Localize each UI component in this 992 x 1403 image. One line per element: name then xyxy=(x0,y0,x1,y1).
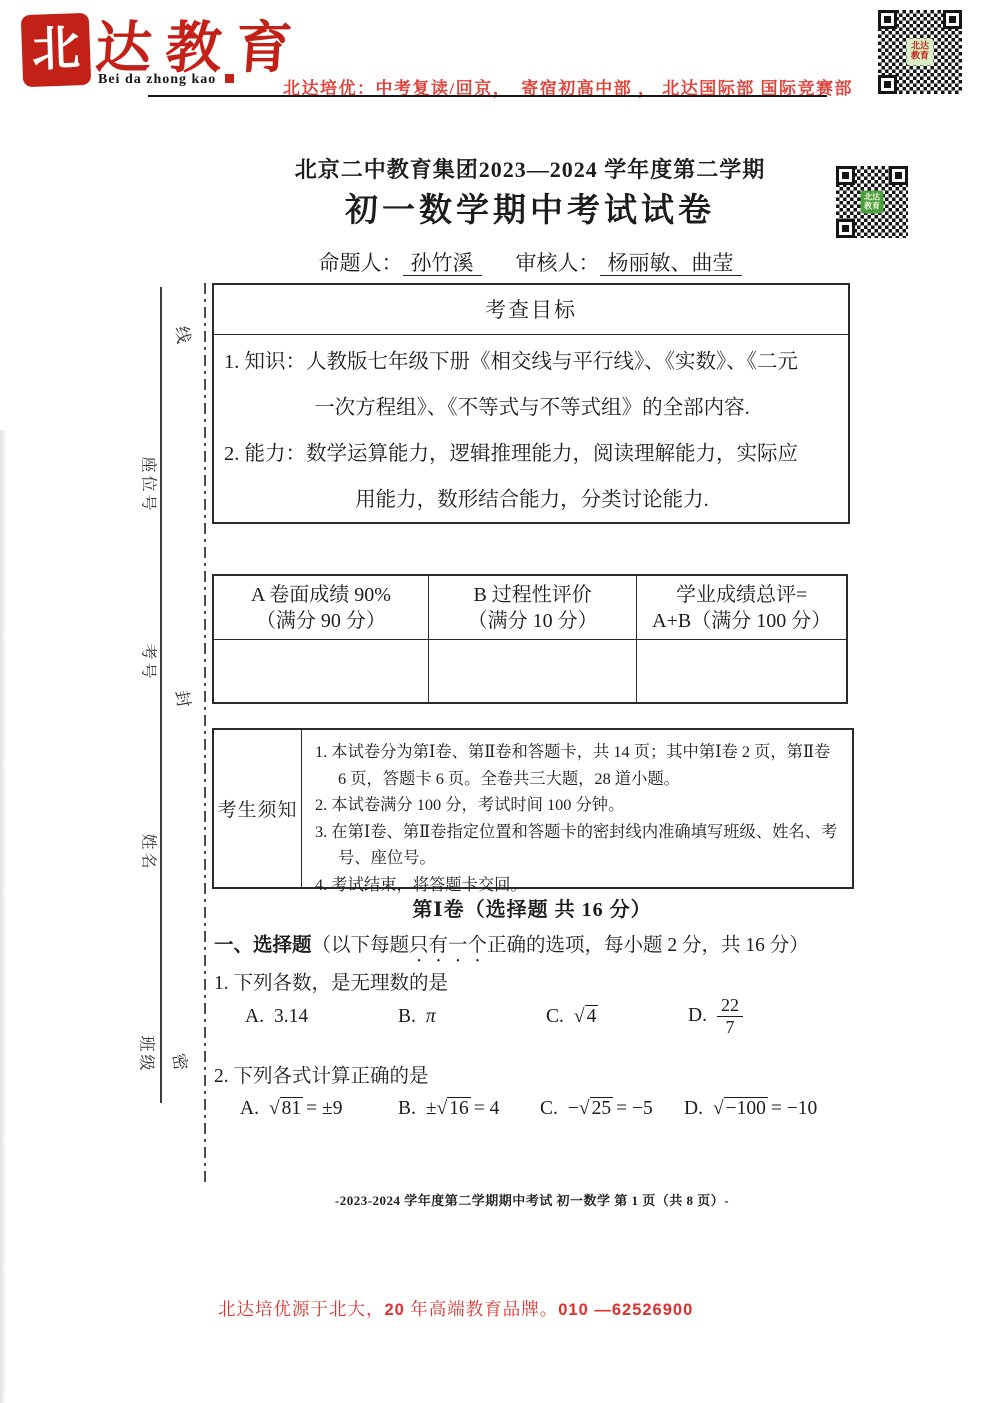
score-col-a-header: A 卷面成绩 90% （满分 90 分） xyxy=(214,576,429,640)
option-result: = −10 xyxy=(771,1098,817,1119)
qr-finder-icon xyxy=(943,10,962,29)
qr-finder-icon xyxy=(836,219,855,238)
fraction-numerator: 22 xyxy=(717,995,743,1017)
page-footer: -2023-2024 学年度第二学期期中考试 初一数学 第 1 页（共 8 页）… xyxy=(212,1190,852,1209)
goal-item2-line1: 2. 能力：数学运算能力，逻辑推理能力，阅读理解能力，实际应 xyxy=(224,431,840,477)
logo-pinyin: Bei da zhong kao xyxy=(98,72,216,87)
q2-option-b: B.±√16= 4 xyxy=(398,1098,499,1120)
seal-fill-in-line xyxy=(160,287,162,1103)
qr-finder-icon xyxy=(878,75,897,94)
seal-label-seat-number: 座位号 xyxy=(139,457,162,517)
option-result: = ±9 xyxy=(306,1098,342,1119)
radical-sign: √ xyxy=(713,1098,724,1119)
exam-goals-body: 1. 知识：人教版七年级下册《相交线与平行线》、《实数》、《二元 一次方程组》、… xyxy=(214,335,848,523)
notice-item-2: 2. 本试卷满分 100 分，考试时间 100 分钟。 xyxy=(315,792,842,819)
seal-label-class: 班级 xyxy=(137,1036,160,1076)
section1-title: 一、选择题（以下每题只有一个正确的选项，每小题 2 分，共 16 分） xyxy=(214,929,809,967)
banner-phone: 010 —62526900 xyxy=(558,1301,693,1319)
radicand: 4 xyxy=(585,1005,599,1027)
score-a-blank-cell xyxy=(214,640,429,702)
bottom-brand-banner: 北达培优源于北大，20 年高端教育品牌。010 —62526900 xyxy=(218,1296,693,1321)
candidate-notice-label: 考生须知 xyxy=(214,730,302,887)
section1-paren-before: （以下每题 xyxy=(312,935,410,956)
q1-option-a: A.3.14 xyxy=(245,1006,308,1028)
banner-text: 北达培优源于北大， xyxy=(218,1299,385,1319)
option-value: π xyxy=(426,1006,436,1027)
radical-sign: √ xyxy=(269,1098,280,1119)
option-result: = 4 xyxy=(474,1098,500,1119)
qr-finder-icon xyxy=(836,166,855,185)
score-a-line2: （满分 90 分） xyxy=(256,610,386,632)
score-b-blank-cell xyxy=(429,640,638,702)
score-col-b-header: B 过程性评价 （满分 10 分） xyxy=(429,576,638,640)
q2-option-c: C.−√25= −5 xyxy=(540,1098,653,1120)
seal-dashed-line xyxy=(204,283,206,1185)
option-label: D. xyxy=(688,1005,707,1027)
q1-option-d: D. 22 7 xyxy=(688,995,743,1037)
qr-finder-icon xyxy=(889,166,908,185)
qr-center-badge: 北达 教育 xyxy=(907,39,934,66)
paper1-header: 第Ⅰ卷（选择题 共 16 分） xyxy=(212,893,852,922)
candidate-notice-box: 考生须知 1. 本试卷分为第Ⅰ卷、第Ⅱ卷和答题卡，共 14 页；其中第Ⅰ卷 2 … xyxy=(212,728,854,889)
banner-years: 20 xyxy=(385,1301,405,1319)
setter-name: 孙竹溪 xyxy=(403,251,482,276)
notice-item-1: 1. 本试卷分为第Ⅰ卷、第Ⅱ卷和答题卡，共 14 页；其中第Ⅰ卷 2 页，第Ⅱ卷… xyxy=(315,739,842,792)
radical-sign: −√ xyxy=(568,1098,590,1119)
seal-char-mi: 密 xyxy=(168,1051,196,1072)
qr-code-top-right-icon: 北达 教育 xyxy=(878,10,962,94)
radicand: 16 xyxy=(447,1097,471,1119)
seal-char-xian: 线 xyxy=(171,324,199,345)
score-total-line1: 学业成绩总评= xyxy=(676,584,807,606)
fraction-denominator: 7 xyxy=(717,1017,743,1038)
score-a-line1: A 卷面成绩 90% xyxy=(251,584,391,606)
option-label: D. xyxy=(684,1098,703,1119)
red-square-icon xyxy=(225,74,234,83)
qr-center-badge: 北达 教育 xyxy=(861,191,884,214)
q1-option-b: B.π xyxy=(398,1006,436,1028)
seal-label-exam-number: 考号 xyxy=(139,644,162,684)
qr-finder-icon xyxy=(878,10,897,29)
exam-goals-header: 考查目标 xyxy=(214,285,848,335)
banner-text: 年高端教育品牌。 xyxy=(405,1299,558,1319)
radicand: 81 xyxy=(280,1097,304,1119)
option-label: C. xyxy=(540,1098,558,1119)
setter-label: 命题人： xyxy=(319,251,403,275)
section1-title-bold: 一、选择题 xyxy=(214,935,312,956)
radicand: −100 xyxy=(724,1097,768,1119)
radical-sign: √ xyxy=(574,1006,585,1027)
exam-goals-box: 考查目标 1. 知识：人教版七年级下册《相交线与平行线》、《实数》、《二元 一次… xyxy=(212,283,850,524)
option-label: A. xyxy=(245,1006,264,1027)
section1-paren-emphasis: 只有一个 xyxy=(409,935,487,956)
candidate-notice-notes: 1. 本试卷分为第Ⅰ卷、第Ⅱ卷和答题卡，共 14 页；其中第Ⅰ卷 2 页，第Ⅱ卷… xyxy=(302,730,852,887)
notice-item-3: 3. 在第Ⅰ卷、第Ⅱ卷指定位置和答题卡的密封线内准确填写班级、姓名、考号、座位号… xyxy=(315,819,842,872)
reviewer-names: 杨丽敏、曲莹 xyxy=(600,251,742,276)
reviewer-label: 审核人： xyxy=(516,251,600,275)
score-b-line1: B 过程性评价 xyxy=(473,584,591,606)
option-label: B. xyxy=(398,1006,416,1027)
score-total-blank-cell xyxy=(637,640,846,702)
score-total-line2: A+B（满分 100 分） xyxy=(652,610,831,632)
logo-pinyin-subtext: Bei da zhong kao xyxy=(98,72,234,88)
question2-stem: 2. 下列各式计算正确的是 xyxy=(214,1060,429,1088)
beida-logo-seal-icon: 北 xyxy=(23,15,89,85)
radicand: 25 xyxy=(590,1097,614,1119)
question1-stem: 1. 下列各数，是无理数的是 xyxy=(214,967,448,995)
fraction: 22 7 xyxy=(717,995,743,1037)
score-summary-table: A 卷面成绩 90% （满分 90 分） B 过程性评价 （满分 10 分） 学… xyxy=(212,574,848,704)
setter-reviewer-line: 命题人：孙竹溪审核人：杨丽敏、曲莹 xyxy=(205,247,855,277)
exam-paper-scan: 北 达教育 Bei da zhong kao 北达培优：中考复读/回京， 寄宿初… xyxy=(0,0,992,1403)
option-value: 3.14 xyxy=(274,1006,308,1027)
scan-edge-artifact xyxy=(0,430,5,1403)
q2-option-a: A.√81= ±9 xyxy=(240,1098,343,1120)
header-divider-line xyxy=(148,95,827,97)
section1-paren-after: 正确的选项，每小题 2 分，共 16 分） xyxy=(487,935,809,956)
option-label: B. xyxy=(398,1098,416,1119)
option-label: A. xyxy=(240,1098,259,1119)
option-label: C. xyxy=(546,1006,564,1027)
goal-item2-line2: 用能力，数形结合能力，分类讨论能力. xyxy=(224,477,840,523)
goal-item1-line2: 一次方程组》、《不等式与不等式组》的全部内容. xyxy=(224,385,840,431)
qr-code-title-icon: 北达 教育 xyxy=(836,166,908,238)
q2-option-d: D.√−100= −10 xyxy=(684,1098,817,1120)
goal-item1-line1: 1. 知识：人教版七年级下册《相交线与平行线》、《实数》、《二元 xyxy=(224,339,840,385)
score-b-line2: （满分 10 分） xyxy=(468,610,598,632)
seal-char-feng: 封 xyxy=(171,688,199,709)
option-result: = −5 xyxy=(616,1098,653,1119)
school-term-line: 北京二中教育集团2023—2024 学年度第二学期 xyxy=(205,153,855,184)
seal-label-name: 姓名 xyxy=(139,834,162,874)
radical-sign: ±√ xyxy=(426,1098,447,1119)
score-col-total-header: 学业成绩总评= A+B（满分 100 分） xyxy=(637,576,846,640)
q1-option-c: C.√4 xyxy=(546,1006,598,1028)
exam-title: 初一数学期中考试试卷 xyxy=(205,184,855,231)
